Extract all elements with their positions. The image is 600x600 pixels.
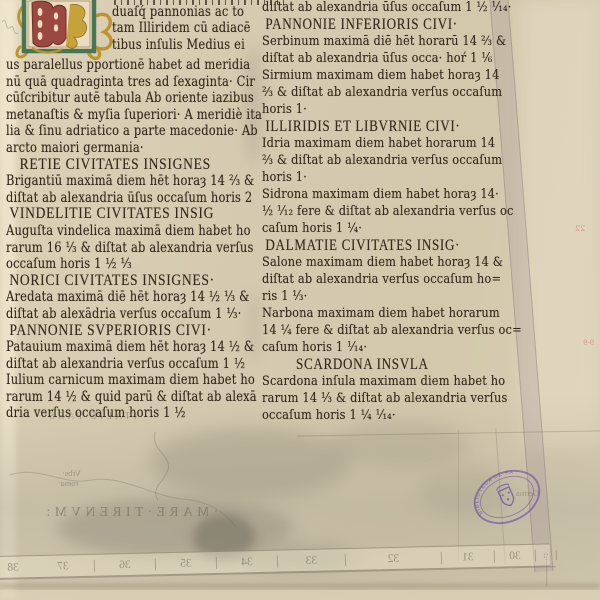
scale-number: 30 <box>495 549 536 562</box>
stamp-shield <box>498 487 516 508</box>
scale-number: 37 <box>32 559 95 572</box>
section-vindelitie: VINDELITIE CIVITATES INSIG Auguſta vinde… <box>6 206 297 272</box>
page-bottom-strip <box>0 590 600 600</box>
text-line: caſum horis 1 ¹⁄₁₄· <box>262 339 497 356</box>
text-line: Salone maximam diem habet horaȝ 14 & <box>262 254 497 271</box>
section-pannonie-superioris: PANNONIE SVPERIORIS CIVI· Patauium maxim… <box>6 323 297 423</box>
text-line: nū quā quadraginta tres ad ſexaginta· Ci… <box>6 74 297 91</box>
text-line: Scardona inſula maximam diem habet ho <box>262 373 497 390</box>
text-line: cūſcribitur autē tabula Ab oriente iazib… <box>6 90 297 107</box>
section-dalmatie: DALMATIE CIVITATES INSIG· Salone maximam… <box>262 237 497 356</box>
section-heading: ILLIRIDIS ET LIBVRNIE CIVI· <box>262 118 497 135</box>
scale-corner-dots: ·: <box>536 550 557 560</box>
sea-blotch <box>150 428 350 498</box>
opening-paragraph: us paralellus pportionē habet ad meridia… <box>6 57 297 157</box>
section-heading: VINDELITIE CIVITATES INSIG <box>6 206 297 223</box>
text-line: lia & ſinu adriatico a parte macedonie· … <box>6 123 297 140</box>
scale-number: 33 <box>278 554 346 568</box>
section-norici: NORICI CIVITATES INSIGNES· Aredata maxim… <box>6 273 297 323</box>
text-line: Brigantiū maximā diem hēt horaȝ 14 ⅔ & <box>6 173 297 190</box>
text-line: diſtat ab alexandria ūſus occaſum 1 ½ ¹⁄… <box>262 0 497 16</box>
scale-number: 34 <box>217 555 278 568</box>
text-line: Serbinum maximā diē hēt horarū 14 ⅔ & <box>262 33 497 50</box>
ghost-red-number: 22 <box>575 224 585 233</box>
text-line: ris 1 ⅓· <box>262 288 497 305</box>
ghost-roma: roma· <box>58 478 78 488</box>
text-line: Sirmium maximam diem habet horaȝ 14 <box>262 67 497 84</box>
text-line: metanaſtis & myſia ſuperiori· A meridiè … <box>6 107 297 124</box>
illuminated-initial <box>12 0 116 62</box>
section-heading: NORICI CIVITATES INSIGNES· <box>6 273 297 290</box>
section-retie: RETIE CIVITATES INSIGNES Brigantiū maxim… <box>6 157 297 207</box>
text-line: diſtat ab alexandria verſus occaſum 1 ½ <box>6 356 297 373</box>
scale-number: 31 <box>442 550 495 563</box>
text-line: Narbona maximam diem habet horarum <box>262 305 497 322</box>
section-pannonie-inferioris: PANNONIE INFERIORIS CIVI· Serbinum maxim… <box>262 16 497 118</box>
text-line: caſum horis 1 ¼· <box>262 220 497 237</box>
text-line: diſtat ab alexandria verſus occaſum ho= <box>262 271 497 288</box>
section-illiridis: ILLIRIDIS ET LIBVRNIE CIVI· Idria maxima… <box>262 118 497 237</box>
right-column: diſtat ab alexandria ūſus occaſum 1 ½ ¹⁄… <box>262 0 497 424</box>
map-graticule-line <box>458 430 459 560</box>
section-heading: DALMATIE CIVITATES INSIG· <box>262 237 497 254</box>
text-line: ½ ¹⁄₁₂ fere & diſtat ab alexandria verſu… <box>262 203 497 220</box>
section-scardona: SCARDONA INSVLA Scardona inſula maximam … <box>262 356 497 424</box>
text-line: rarum 14 ⅓ & diſtat ab alexandria verſus <box>262 390 497 407</box>
text-line: rarum 16 ⅓ & diſtat ab alexandria verſus <box>6 240 297 257</box>
text-line: diſtat ab alexādria verſus occaſum 1 ⅓· <box>6 306 297 323</box>
text-line: ⅔ & diſtat ab alexandria verſus occaſum <box>262 152 497 169</box>
text-line: rarum 14 ½ & quid parū & diſtat ab alexā <box>6 389 297 406</box>
ghost-mare-tirenum: ·MARE·TIRENVM: <box>42 504 218 520</box>
text-line: diſtat ab alexandria ūſus occaſum horis … <box>6 190 297 207</box>
left-column: us paralellus pportionē habet ad meridia… <box>6 57 297 422</box>
section-heading: SCARDONA INSVLA <box>262 356 497 373</box>
text-line: horis 1· <box>262 169 497 186</box>
text-line: Aredata maximā diē hēt horaȝ 14 ½ ⅓ & <box>6 289 297 306</box>
ghost-vrbs: Vrbs· <box>62 468 81 478</box>
text-line: 14 ¼ fere & diſtat ab alexandria verſus … <box>262 322 497 339</box>
text-line: diſtat ab alexandria ūſus occa· hoŕ 1 ⅙ <box>262 50 497 67</box>
scale-number: 35 <box>156 556 217 569</box>
text-line: ⅔ & diſtat ab alexandria verſus occaſum <box>262 84 497 101</box>
section-heading: PANNONIE SVPERIORIS CIVI· <box>6 323 297 340</box>
scale-number: 32 <box>346 551 442 565</box>
text-line: Patauium maximā diem hēt horaȝ 14 ½ & <box>6 339 297 356</box>
text-line: occaſum horis 1 ¼ ¹⁄₁₄· <box>262 407 497 424</box>
initial-letter-body <box>32 1 66 47</box>
text-line: Idria maximam diem habet horarum 14 <box>262 135 497 152</box>
ghost-red-number: 9·9 <box>583 339 594 347</box>
text-line: us paralellus pportionē habet ad meridia <box>6 57 297 74</box>
section-heading: RETIE CIVITATES INSIGNES <box>6 157 297 174</box>
text-line: arcto maiori germania· <box>6 140 297 157</box>
text-line: Auguſta vindelica maximā diem habet ho <box>6 223 297 240</box>
text-line: Sidrona maximam diem habet horaȝ 14· <box>262 186 497 203</box>
text-line: Iulium carnicum maximam diem habet ho <box>6 372 297 389</box>
section-heading: PANNONIE INFERIORIS CIVI· <box>262 16 497 33</box>
page-crease <box>0 584 600 588</box>
text-line: occaſum horis 1 ½ ⅓ <box>6 256 297 273</box>
scale-number: 38 <box>0 561 32 574</box>
scale-number: 36 <box>95 558 156 571</box>
text-line: horis 1· <box>262 101 497 118</box>
scanned-book-page: duaſq́ pannonias ac totam Illiridem cū a… <box>0 0 600 600</box>
sea-blotch <box>330 422 470 468</box>
ghost-italie-pars: ITALIE PARS <box>46 411 137 422</box>
